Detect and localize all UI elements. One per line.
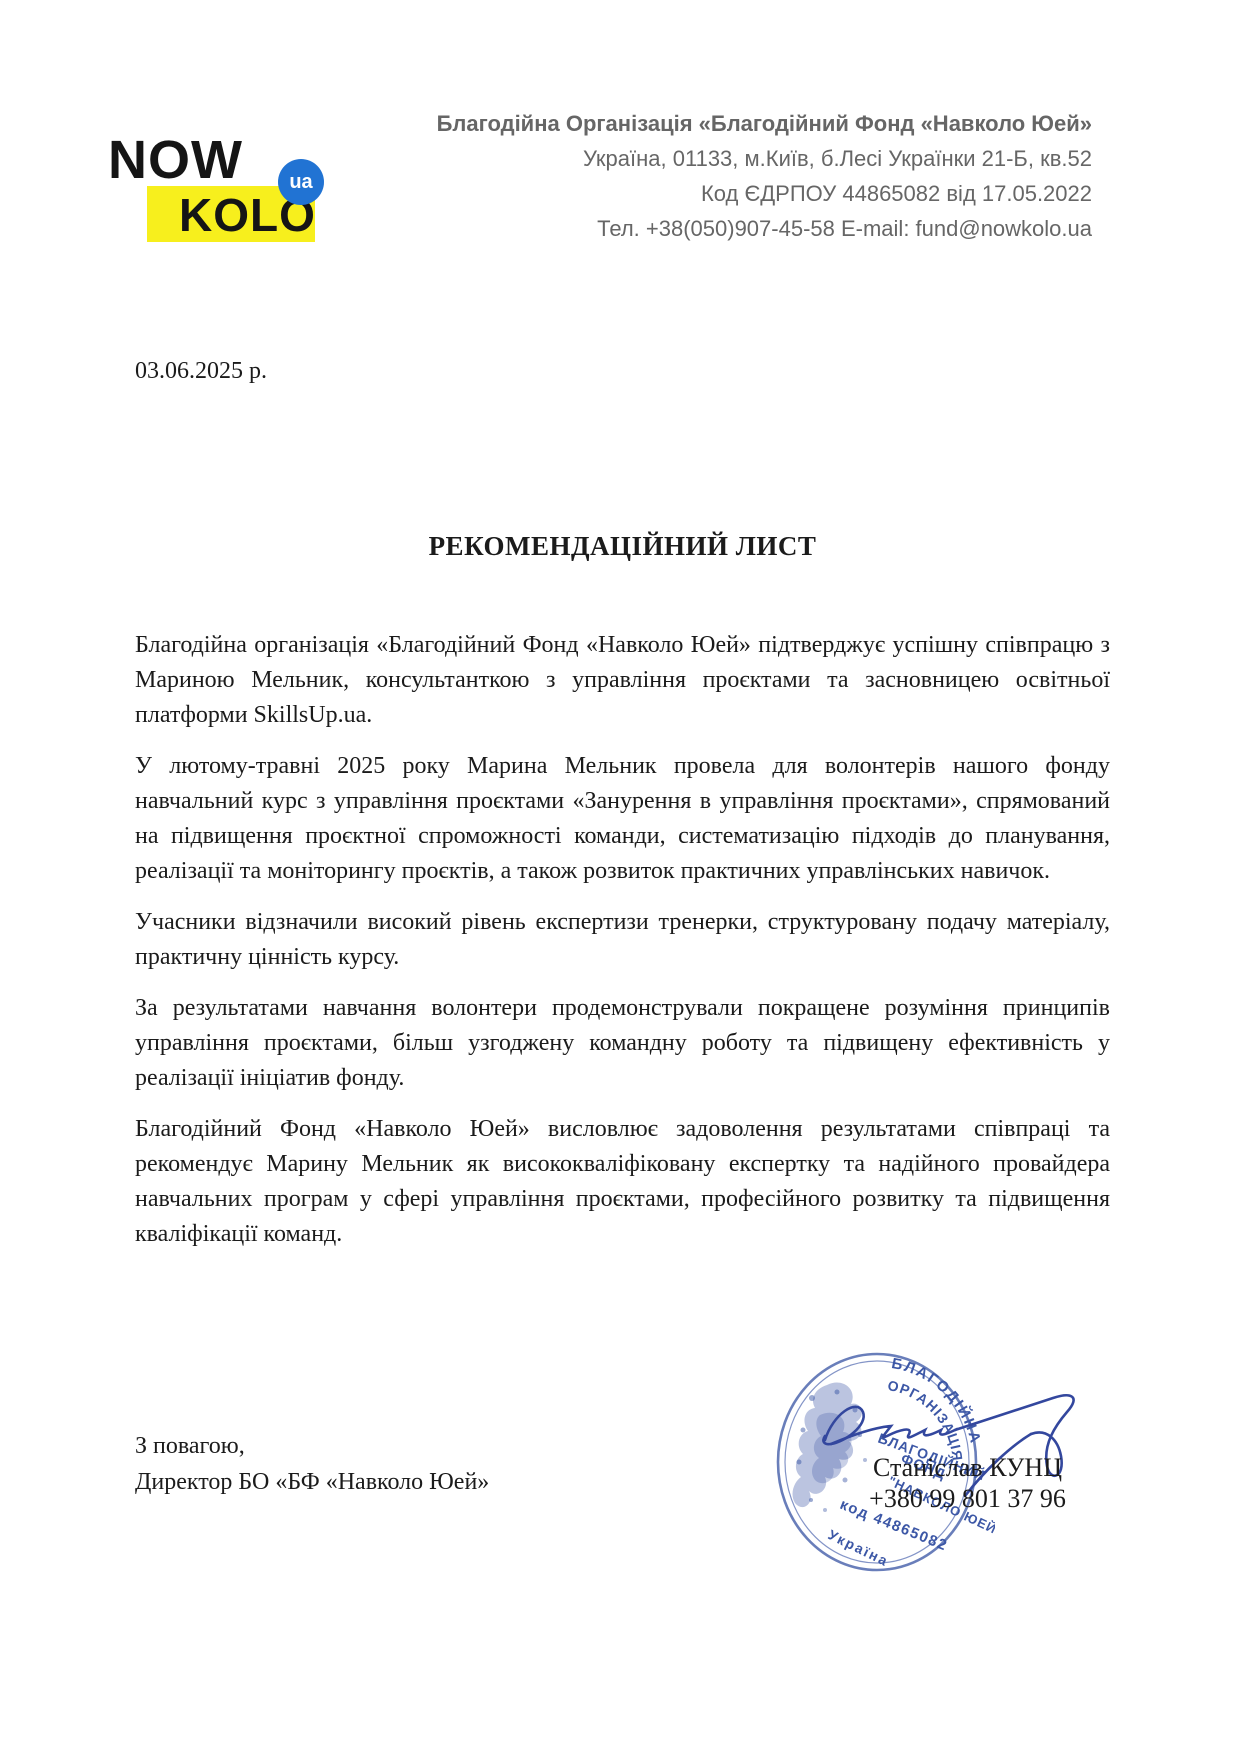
letter-page: NOW KOLO ua Благодійна Організація «Благ… bbox=[0, 0, 1242, 1755]
stamp-country: Україна bbox=[826, 1526, 892, 1569]
logo-word-now: NOW bbox=[108, 133, 243, 187]
paragraph-2: У лютому-травні 2025 року Марина Мельник… bbox=[135, 749, 1110, 889]
header-contact-block: Благодійна Організація «Благодійний Фонд… bbox=[437, 106, 1092, 246]
org-name: Благодійна Організація «Благодійний Фонд… bbox=[437, 106, 1092, 141]
org-address: Україна, 01133, м.Київ, б.Лесі Українки … bbox=[437, 141, 1092, 176]
logo-ua-badge: ua bbox=[278, 159, 324, 205]
paragraph-5: Благодійний Фонд «Навколо Юей» висловлює… bbox=[135, 1112, 1110, 1252]
signer-name: Станіслав КУНЦ bbox=[850, 1452, 1085, 1483]
nowkolo-logo: NOW KOLO ua bbox=[95, 125, 350, 245]
org-registration: Код ЄДРПОУ 44865082 від 17.05.2022 bbox=[437, 176, 1092, 211]
signer-phone: +380 99 801 37 96 bbox=[850, 1483, 1085, 1514]
letter-title: РЕКОМЕНДАЦІЙНИЙ ЛИСТ bbox=[135, 531, 1110, 562]
letter-date: 03.06.2025 р. bbox=[135, 358, 267, 385]
closing-block: З повагою, Директор БО «БФ «Навколо Юей» bbox=[135, 1428, 489, 1500]
paragraph-4: За результатами навчання волонтери проде… bbox=[135, 991, 1110, 1096]
closing-position: Директор БО «БФ «Навколо Юей» bbox=[135, 1464, 489, 1500]
paragraph-3: Учасники відзначили високий рівень експе… bbox=[135, 905, 1110, 975]
letter-body: Благодійна організація «Благодійний Фонд… bbox=[135, 628, 1110, 1268]
paragraph-1: Благодійна організація «Благодійний Фонд… bbox=[135, 628, 1110, 733]
signer-block: Станіслав КУНЦ +380 99 801 37 96 bbox=[850, 1452, 1085, 1514]
org-contacts: Тел. +38(050)907-45-58 E-mail: fund@nowk… bbox=[437, 211, 1092, 246]
closing-salutation: З повагою, bbox=[135, 1428, 489, 1464]
